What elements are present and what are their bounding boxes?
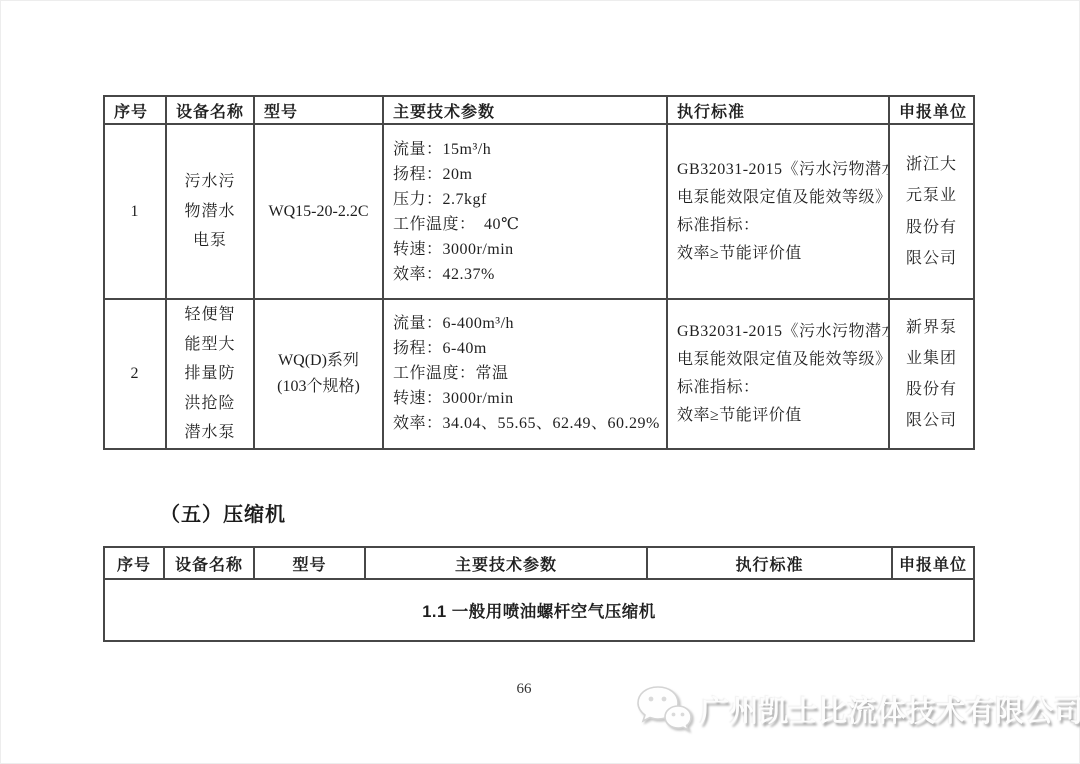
model-number: WQ(D)系列(103个规格) — [254, 299, 383, 449]
param-line: 工作温度： 40℃ — [393, 212, 662, 237]
device-name: 轻便智能型大排量防洪抢险潜水泵 — [166, 299, 254, 449]
col-header-model: 型号 — [254, 547, 365, 579]
wechat-icon — [634, 684, 694, 734]
col-header-standard: 执行标准 — [667, 96, 889, 124]
col-header-unit: 申报单位 — [889, 96, 974, 124]
col-header-params: 主要技术参数 — [365, 547, 647, 579]
param-line: 压力：2.7kgf — [393, 187, 662, 212]
page-number: 66 — [503, 681, 545, 698]
pump-table-header-row: 序号 设备名称 型号 主要技术参数 执行标准 申报单位 — [104, 96, 974, 124]
col-header-device: 设备名称 — [166, 96, 254, 124]
row-index: 1 — [104, 124, 166, 299]
col-header-standard: 执行标准 — [647, 547, 892, 579]
watermark-text: 广州凯士比流体技术有限公司 — [700, 689, 1080, 730]
param-line: 流量：15m³/h — [393, 137, 662, 162]
document-page: 序号 设备名称 型号 主要技术参数 执行标准 申报单位 1 污水污物潜水电泵 W… — [0, 0, 1080, 764]
col-header-index: 序号 — [104, 96, 166, 124]
table-row: 2 轻便智能型大排量防洪抢险潜水泵 WQ(D)系列(103个规格) 流量：6-4… — [104, 299, 974, 449]
pump-table: 序号 设备名称 型号 主要技术参数 执行标准 申报单位 1 污水污物潜水电泵 W… — [103, 95, 975, 450]
technical-params: 流量：15m³/h 扬程：20m 压力：2.7kgf 工作温度： 40℃ 转速：… — [383, 124, 667, 299]
standard-line: 电泵能效限定值及能效等级》 — [677, 346, 885, 374]
col-header-index: 序号 — [104, 547, 164, 579]
standard-reference: GB32031-2015《污水污物潜水 电泵能效限定值及能效等级》 标准指标： … — [667, 299, 889, 449]
standard-line: 效率≥节能评价值 — [677, 402, 885, 430]
section-heading: （五）压缩机 — [160, 498, 286, 527]
standard-line: 效率≥节能评价值 — [677, 240, 885, 268]
standard-line: 电泵能效限定值及能效等级》 — [677, 184, 885, 212]
param-line: 效率：42.37% — [393, 262, 662, 287]
standard-line: GB32031-2015《污水污物潜水 — [677, 156, 885, 184]
standard-line: GB32031-2015《污水污物潜水 — [677, 318, 885, 346]
declaring-unit: 浙江大元泵业股份有限公司 — [889, 124, 974, 299]
param-line: 工作温度：常温 — [393, 361, 662, 386]
standard-line: 标准指标： — [677, 374, 885, 402]
param-line: 扬程：6-40m — [393, 336, 662, 361]
col-header-device: 设备名称 — [164, 547, 254, 579]
standard-reference: GB32031-2015《污水污物潜水 电泵能效限定值及能效等级》 标准指标： … — [667, 124, 889, 299]
table-section-row: 1.1 一般用喷油螺杆空气压缩机 — [104, 579, 974, 641]
technical-params: 流量：6-400m³/h 扬程：6-40m 工作温度：常温 转速：3000r/m… — [383, 299, 667, 449]
subsection-title: 1.1 一般用喷油螺杆空气压缩机 — [104, 579, 974, 641]
param-line: 流量：6-400m³/h — [393, 311, 662, 336]
col-header-params: 主要技术参数 — [383, 96, 667, 124]
company-watermark: 广州凯士比流体技术有限公司 — [634, 684, 1080, 734]
param-line: 扬程：20m — [393, 162, 662, 187]
model-number: WQ15-20-2.2C — [254, 124, 383, 299]
declaring-unit: 新界泵业集团股份有限公司 — [889, 299, 974, 449]
col-header-model: 型号 — [254, 96, 383, 124]
param-line: 转速：3000r/min — [393, 386, 662, 411]
param-line: 效率：34.04、55.65、62.49、60.29% — [393, 411, 662, 436]
row-index: 2 — [104, 299, 166, 449]
compressor-table-header-row: 序号 设备名称 型号 主要技术参数 执行标准 申报单位 — [104, 547, 974, 579]
standard-line: 标准指标： — [677, 212, 885, 240]
col-header-unit: 申报单位 — [892, 547, 974, 579]
compressor-table: 序号 设备名称 型号 主要技术参数 执行标准 申报单位 1.1 一般用喷油螺杆空… — [103, 546, 975, 642]
table-row: 1 污水污物潜水电泵 WQ15-20-2.2C 流量：15m³/h 扬程：20m… — [104, 124, 974, 299]
param-line: 转速：3000r/min — [393, 237, 662, 262]
device-name: 污水污物潜水电泵 — [166, 124, 254, 299]
